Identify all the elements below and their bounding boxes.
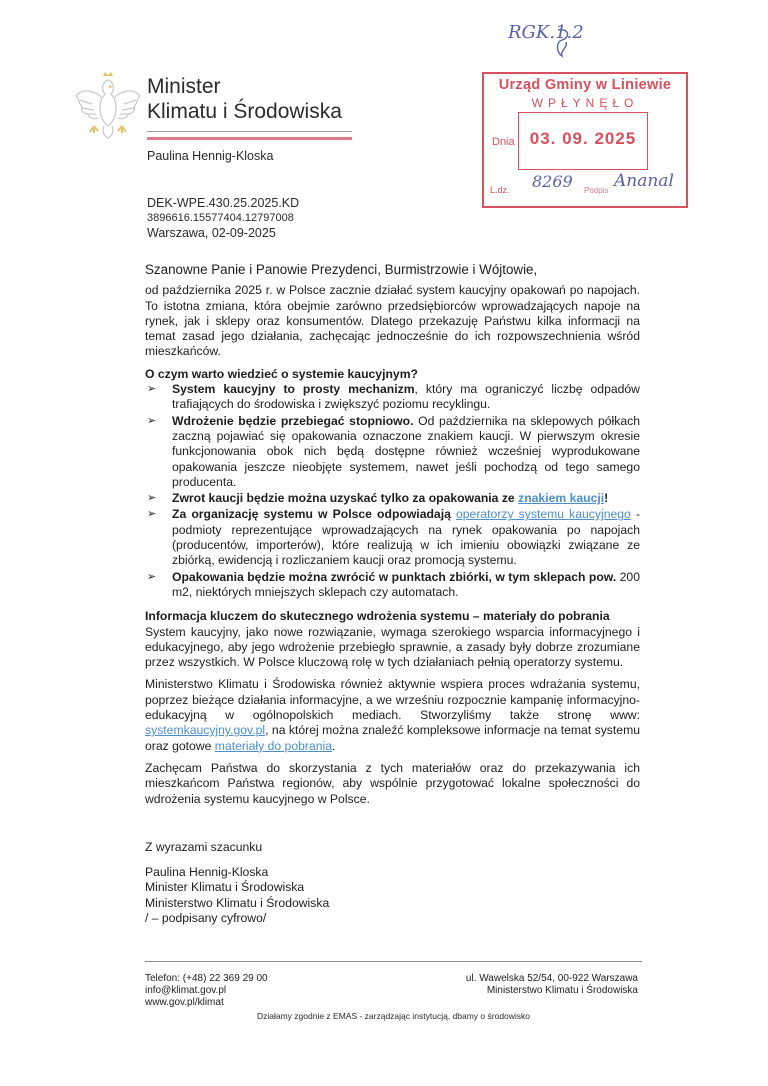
list-item: ➢ Wdrożenie będzie przebiegać stopniowo.… [172,414,640,490]
arrow-bullet-icon: ➢ [147,382,156,397]
footer-website: www.gov.pl/klimat [145,997,268,1009]
header-divider-grey [147,131,352,132]
list-item: ➢ Opakowania będzie można zwrócić w punk… [172,570,640,601]
salutation: Szanowne Panie i Panowie Prezydenci, Bur… [145,262,640,277]
reference-number: DEK-WPE.430.25.2025.KD [147,196,299,211]
minister-name: Paulina Hennig-Kloska [147,149,273,163]
stamp-signature: Ananal [614,171,674,191]
stamp-signature-label: Podpis [584,186,608,195]
bullet-bold-text: Wdrożenie będzie przebiegać stopniowo. [172,414,413,428]
stamp-date-label: Dnia [492,136,515,148]
list-item: ➢ Za organizację systemu w Polsce odpowi… [172,507,640,568]
arrow-bullet-icon: ➢ [147,414,156,429]
document-references: DEK-WPE.430.25.2025.KD 3896616.15577404.… [147,196,299,241]
section-heading-facts: O czym warto wiedzieć o systemie kaucyjn… [145,367,640,382]
footer-emas-note: Działamy zgodnie z EMAS - zarządzając in… [145,1011,642,1021]
title-line-1: Minister [147,74,342,99]
header-divider-red [147,137,352,140]
handwritten-arrow-icon [548,26,578,63]
section-heading-materials: Informacja kluczem do skutecznego wdroże… [145,609,640,624]
polish-eagle-emblem-icon [72,68,144,142]
title-line-2: Klimatu i Środowiska [147,99,342,124]
signature-line: Minister Klimatu i Środowiska [145,880,640,895]
list-item: ➢ Zwrot kaucji będzie można uzyskać tylk… [172,491,640,506]
deposit-mark-link[interactable]: znakiem kaucji [518,491,604,505]
signature-line: / – podpisany cyfrowo/ [145,911,640,926]
registry-stamp: Urząd Gminy w Liniewie WPŁYNĘŁO Dnia 03.… [482,72,688,208]
systemkaucyjny-link[interactable]: systemkaucyjny.gov.pl [145,723,265,737]
signature-block: Paulina Hennig-Kloska Minister Klimatu i… [145,865,640,926]
bullet-bold-text: System kaucyjny to prosty mechanizm [172,382,415,396]
bullet-bold-text: ! [604,491,608,505]
arrow-bullet-icon: ➢ [147,491,156,506]
footer-contact: Telefon: (+48) 22 369 29 00 info@klimat.… [145,973,268,1010]
paragraph-text: Ministerstwo Klimatu i Środowiska równie… [145,677,640,722]
ministry-title: Minister Klimatu i Środowiska [147,74,342,124]
intro-paragraph: od października 2025 r. w Polsce zacznie… [145,283,640,359]
signature-line: Ministerstwo Klimatu i Środowiska [145,896,640,911]
stamp-date-box: 03. 09. 2025 [518,112,648,170]
system-operators-link[interactable]: operatorzy systemu kaucyjnego [456,507,631,521]
stamp-office: Urząd Gminy w Liniewie [484,77,686,93]
place-date: Warszawa, 02-09-2025 [147,226,299,241]
footer-divider [145,961,642,962]
signature-line: Paulina Hennig-Kloska [145,865,640,880]
paragraph-text: . [332,739,335,753]
ministry-support-paragraph: Ministerstwo Klimatu i Środowiska równie… [145,677,640,753]
bullet-bold-text: Zwrot kaucji będzie można uzyskać tylko … [172,491,518,505]
letter-body: Szanowne Panie i Panowie Prezydenci, Bur… [145,262,640,926]
stamp-received: WPŁYNĘŁO [484,96,686,110]
footer-email: info@klimat.gov.pl [145,985,268,997]
arrow-bullet-icon: ➢ [147,507,156,522]
materials-paragraph: System kaucyjny, jako nowe rozwiązanie, … [145,625,640,671]
download-materials-link[interactable]: materiały do pobrania [215,739,332,753]
facts-list: ➢ System kaucyjny to prosty mechanizm, k… [145,382,640,600]
stamp-ldz-label: L.dz. [490,185,510,195]
stamp-ldz-number: 8269 [532,172,573,191]
closing-phrase: Z wyrazami szacunku [145,840,640,855]
bullet-bold-text: Opakowania będzie można zwrócić w punkta… [172,570,616,584]
stamp-date: 03. 09. 2025 [519,129,647,149]
arrow-bullet-icon: ➢ [147,570,156,585]
footer-institution: Ministerstwo Klimatu i Środowiska [420,985,638,997]
footer-address-block: ul. Wawelska 52/54, 00-922 Warszawa Mini… [420,973,638,997]
bullet-bold-text: Za organizację systemu w Polsce odpowiad… [172,507,456,521]
document-id: 3896616.15577404.12797008 [147,211,299,226]
footer-phone: Telefon: (+48) 22 369 29 00 [145,973,268,985]
footer-address: ul. Wawelska 52/54, 00-922 Warszawa [420,973,638,985]
encouragement-paragraph: Zachęcam Państwa do skorzystania z tych … [145,761,640,807]
list-item: ➢ System kaucyjny to prosty mechanizm, k… [172,382,640,413]
